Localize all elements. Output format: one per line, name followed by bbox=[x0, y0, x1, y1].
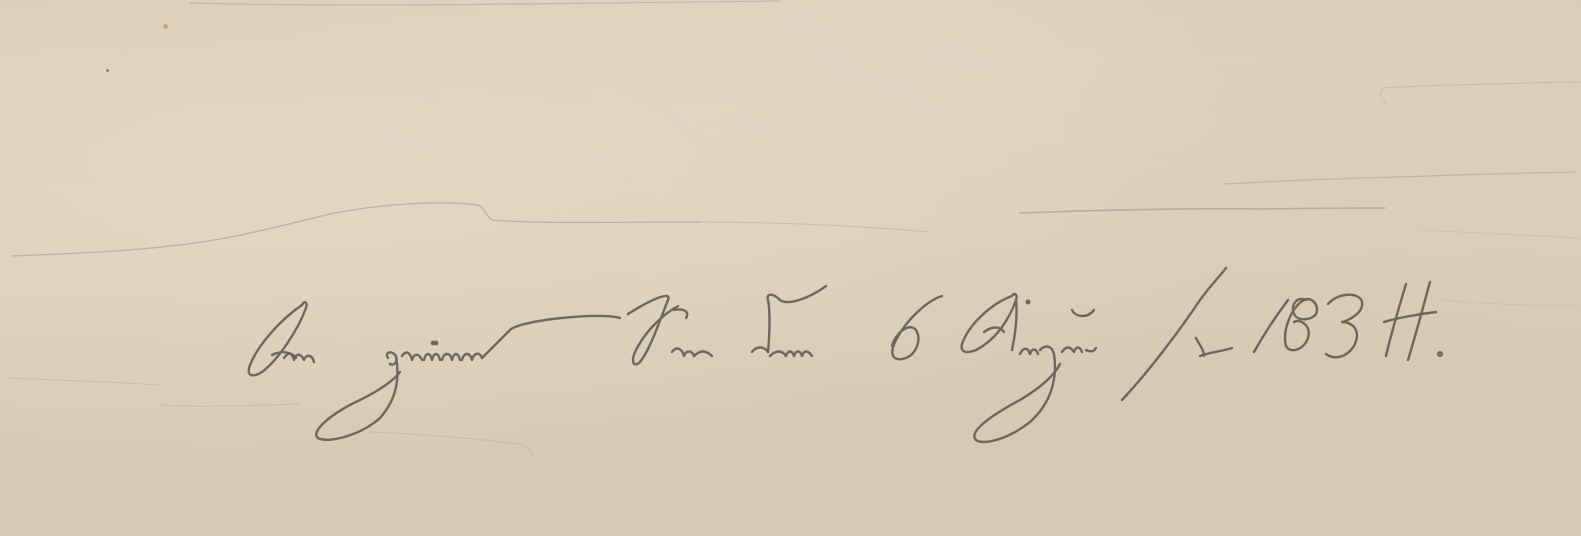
word-am bbox=[249, 302, 314, 375]
year-1837 bbox=[1254, 282, 1442, 360]
word-august bbox=[962, 268, 1232, 442]
word-den bbox=[752, 286, 826, 356]
word-gruenen bbox=[316, 316, 620, 440]
paper-sheet: Am grünen See den 6 August 1837. bbox=[0, 0, 1581, 536]
handwritten-inscription bbox=[0, 0, 1581, 536]
word-see bbox=[628, 296, 712, 364]
numeral-6 bbox=[892, 296, 942, 359]
